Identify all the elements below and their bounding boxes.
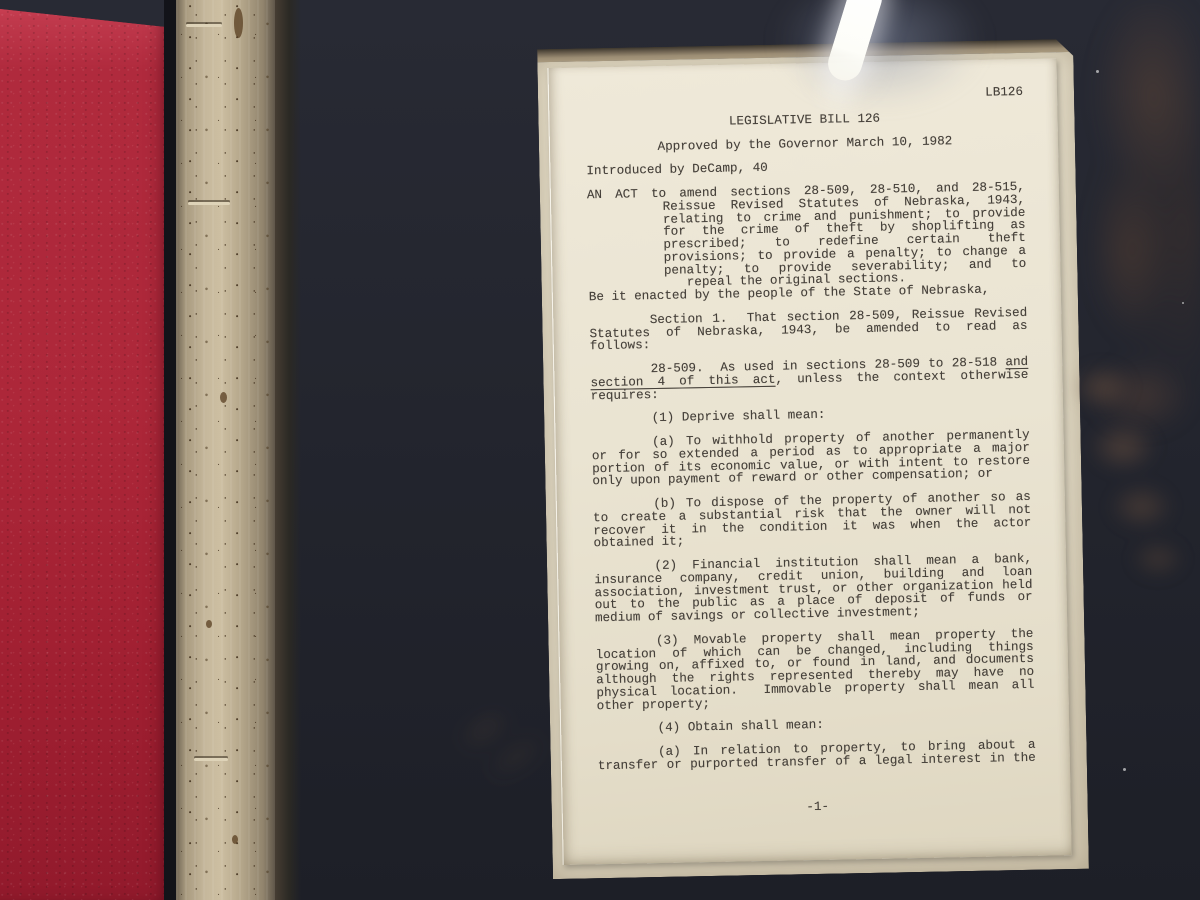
molding-scratch	[186, 24, 222, 27]
doc-line: (4) Obtain shall mean:	[597, 715, 1035, 736]
page-number: -1-	[599, 796, 1037, 817]
dust-speck	[1096, 70, 1099, 73]
text-segment: -1-	[806, 799, 829, 813]
doc-line: (1) Deprive shall mean:	[591, 405, 1029, 426]
dust-speck	[1182, 302, 1184, 304]
molding-scratch	[188, 202, 230, 205]
framed-bill-photo: LB126LEGISLATIVE BILL 126Approved by the…	[0, 0, 1200, 900]
dust-speck	[1123, 768, 1126, 771]
document-page: LB126LEGISLATIVE BILL 126Approved by the…	[547, 58, 1071, 865]
molding-blotch	[234, 8, 243, 38]
introduced-line: Introduced by DeCamp, 40	[586, 157, 1024, 178]
text-segment: Approved by the Governor March 10, 1982	[657, 134, 952, 154]
text-segment: obtained it;	[593, 535, 684, 551]
text-segment: Introduced by DeCamp, 40	[586, 161, 768, 178]
text-segment: requires:	[591, 387, 659, 402]
text-segment: other property;	[597, 697, 711, 713]
text-segment: (1) Deprive shall mean:	[652, 408, 826, 425]
red-felt-panel	[0, 0, 172, 900]
document-text: LB126LEGISLATIVE BILL 126Approved by the…	[585, 86, 1037, 818]
framed-document: LB126LEGISLATIVE BILL 126Approved by the…	[537, 39, 1089, 879]
text-segment: follows:	[590, 338, 651, 353]
approval-line: Approved by the Governor March 10, 1982	[586, 133, 1024, 154]
molding-blotch	[220, 392, 227, 403]
molding-blotch	[232, 835, 238, 844]
text-segment: (4) Obtain shall mean:	[657, 718, 824, 735]
frame-molding-shadow	[275, 0, 301, 900]
frame-molding	[176, 0, 275, 900]
molding-scratch	[194, 758, 228, 761]
molding-blotch	[206, 620, 212, 628]
